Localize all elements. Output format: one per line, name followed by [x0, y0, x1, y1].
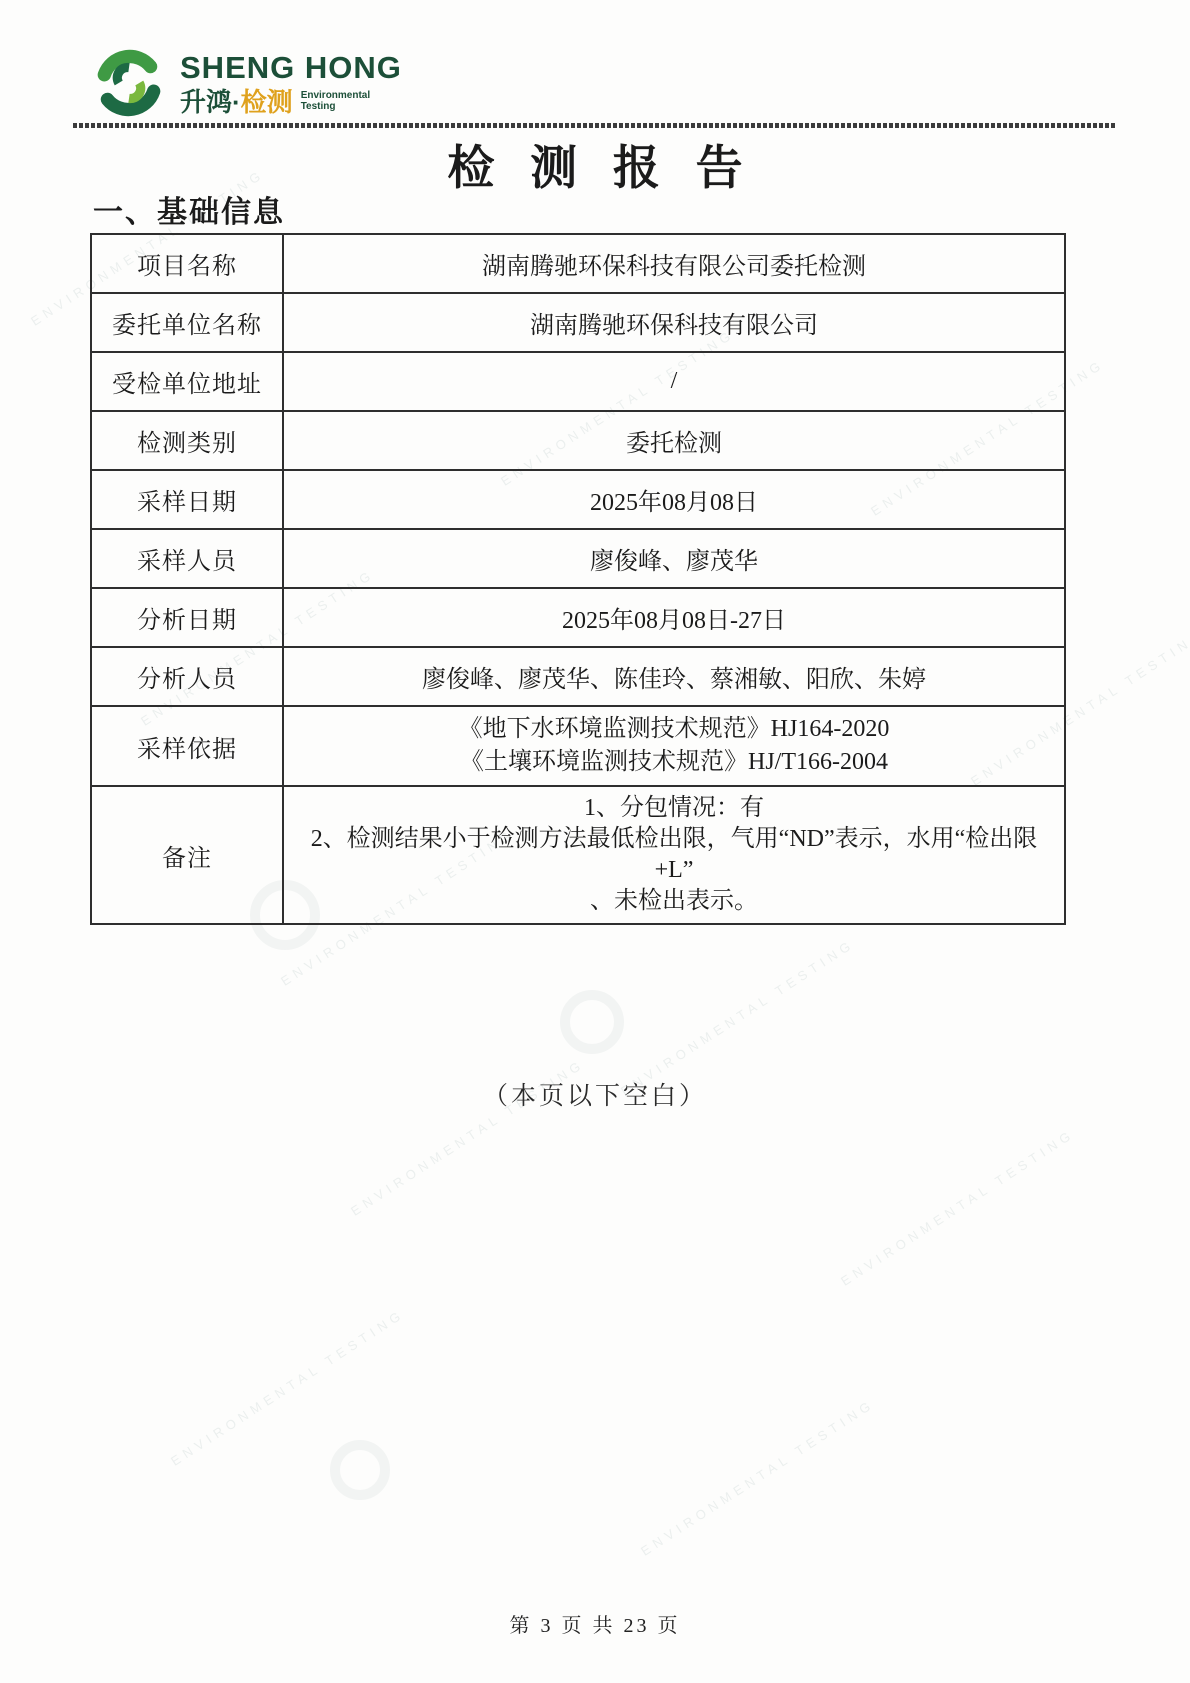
row-value: / [283, 352, 1065, 411]
table-row: 采样日期 2025年08月08日 [91, 470, 1065, 529]
row-label: 项目名称 [91, 234, 283, 293]
logo-tagline-line2: Testing [301, 101, 336, 112]
row-value-line: 《土壤环境监测技术规范》HJ/T166-2004 [296, 746, 1052, 779]
row-label: 采样人员 [91, 529, 283, 588]
row-value: 《地下水环境监测技术规范》HJ164-2020《土壤环境监测技术规范》HJ/T1… [283, 706, 1065, 786]
row-label: 采样日期 [91, 470, 283, 529]
row-value: 湖南腾驰环保科技有限公司 [283, 293, 1065, 352]
table-row: 委托单位名称 湖南腾驰环保科技有限公司 [91, 293, 1065, 352]
watermark-logo-ghost [330, 1440, 390, 1500]
section-heading: 一、基础信息 [93, 187, 285, 231]
logo-name-cn-suffix: 检测 [241, 87, 293, 117]
table-row: 项目名称 湖南腾驰环保科技有限公司委托检测 [91, 234, 1065, 293]
watermark-text: ENVIRONMENTAL TESTING [168, 1306, 407, 1468]
logo-text: SHENG HONG 升鸿·检测 EnvironmentalTesting [180, 52, 402, 115]
report-header: SHENG HONG 升鸿·检测 EnvironmentalTesting [92, 46, 402, 120]
row-value-line: 2、检测结果小于检测方法最低检出限，气用“ND”表示，水用“检出限+L” [296, 824, 1052, 886]
row-label: 委托单位名称 [91, 293, 283, 352]
watermark-logo-ghost [560, 990, 624, 1054]
row-label: 分析人员 [91, 647, 283, 706]
row-label: 受检单位地址 [91, 352, 283, 411]
row-value: 2025年08月08日-27日 [283, 588, 1065, 647]
row-value: 委托检测 [283, 411, 1065, 470]
watermark-text: ENVIRONMENTAL TESTING [618, 936, 857, 1098]
row-value-line: 1、分包情况：有 [296, 793, 1052, 824]
logo-swirl-icon [92, 46, 166, 120]
report-page: ENVIRONMENTAL TESTING ENVIRONMENTAL TEST… [0, 0, 1190, 1683]
logo-tagline-line1: Environmental [301, 90, 370, 101]
watermark-text: ENVIRONMENTAL TESTING [838, 1126, 1077, 1288]
basic-info-table: 项目名称 湖南腾驰环保科技有限公司委托检测 委托单位名称 湖南腾驰环保科技有限公… [90, 233, 1066, 925]
logo-name-cn-prefix: 升鸿· [180, 87, 241, 117]
row-label: 备注 [91, 786, 283, 924]
table-row: 受检单位地址 / [91, 352, 1065, 411]
page-footer: 第 3 页 共 23 页 [0, 1609, 1190, 1638]
row-label: 检测类别 [91, 411, 283, 470]
header-divider [73, 123, 1117, 128]
watermark-text: ENVIRONMENTAL TESTING [638, 1396, 877, 1558]
blank-note: （本页以下空白） [0, 1076, 1190, 1112]
table-row: 检测类别 委托检测 [91, 411, 1065, 470]
row-value: 廖俊峰、廖茂华、陈佳玲、蔡湘敏、阳欣、朱婷 [283, 647, 1065, 706]
logo-name-en: SHENG HONG [180, 52, 402, 83]
row-label: 分析日期 [91, 588, 283, 647]
row-value-line: 、未检出表示。 [296, 886, 1052, 917]
row-label: 采样依据 [91, 706, 283, 786]
row-value: 2025年08月08日 [283, 470, 1065, 529]
table-row: 分析人员 廖俊峰、廖茂华、陈佳玲、蔡湘敏、阳欣、朱婷 [91, 647, 1065, 706]
table-row: 备注 1、分包情况：有2、检测结果小于检测方法最低检出限，气用“ND”表示，水用… [91, 786, 1065, 924]
logo-name-cn: 升鸿·检测 [180, 89, 293, 115]
logo-tagline: EnvironmentalTesting [301, 90, 370, 115]
table-row: 采样人员 廖俊峰、廖茂华 [91, 529, 1065, 588]
row-value: 湖南腾驰环保科技有限公司委托检测 [283, 234, 1065, 293]
row-value-line: 《地下水环境监测技术规范》HJ164-2020 [296, 713, 1052, 746]
row-value: 1、分包情况：有2、检测结果小于检测方法最低检出限，气用“ND”表示，水用“检出… [283, 786, 1065, 924]
row-value: 廖俊峰、廖茂华 [283, 529, 1065, 588]
table-row: 采样依据 《地下水环境监测技术规范》HJ164-2020《土壤环境监测技术规范》… [91, 706, 1065, 786]
table-row: 分析日期 2025年08月08日-27日 [91, 588, 1065, 647]
